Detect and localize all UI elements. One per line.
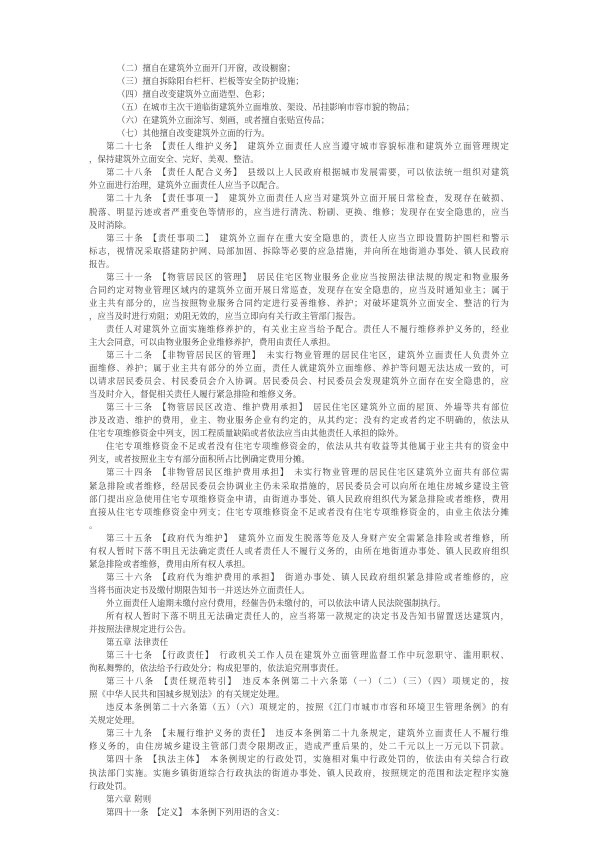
document-page: （二）擅自在建筑外立面开门开窗，改设橱窗；（三）擅自拆除阳台栏杆、栏板等安全防护… [89, 62, 509, 819]
document-line: 涉及改造、维护的费用，业主、物业服务企业有约定的，从其约定；没有约定或者约定不明… [89, 414, 509, 427]
document-line: 外立面责任人逾期未缴付应付费用，经催告仍未缴付的，可以依法申请人民法院强制执行。 [89, 597, 509, 610]
document-line: 并按照法律规定进行公告。 [89, 623, 509, 636]
document-line: 执法部门实施。实施乡镇街道综合行政执法的街道办事处、镇人民政府，按照规定的范围和… [89, 767, 509, 780]
document-line: 当将书面决定书及缴付期限告知书一并送达外立面责任人。 [89, 584, 509, 597]
document-line: 面维修、养护；属于业主共有部分的外立面，责任人就建筑外立面维修、养护等问题无法达… [89, 362, 509, 375]
document-line: 脱落、明显污迹或者严重变色等情形的，应当进行清洗、粉刷、更换、维修；发现存在安全… [89, 206, 509, 219]
document-line: 列支，或者按照业主专有部分面积所占比例确定费用分摊。 [89, 453, 509, 466]
document-line: （五）在城市主次干道临街建筑外立面堆放、架设、吊挂影响市容市貌的物品； [89, 101, 509, 114]
document-line: （六）在建筑外立面涂写、刻画，或者擅自张贴宣传品； [89, 114, 509, 127]
document-line: ，应当及时进行劝阻；劝阻无效的，应当立即向有关行政主管部门报告。 [89, 310, 509, 323]
document-line: 住宅专项维修资金不足或者没有住宅专项维修资金的，依法从共有收益等其他属于业主共有… [89, 440, 509, 453]
document-line: （三）擅自拆除阳台栏杆、栏板等安全防护设施； [89, 75, 509, 88]
document-line: 标志，视情况采取搭建防护网、局部加固、拆除等必要的应急措施，并向所在地街道办事处… [89, 245, 509, 258]
document-line: 外立面进行治理，建筑外立面责任人应当予以配合。 [89, 179, 509, 192]
document-line: 违反本条例第二十六条第（五）（六）项规定的，按照《江门市城市市容和环境卫生管理条… [89, 701, 509, 714]
document-line: 直接从住宅专项维修资金中列支；住宅专项维修资金不足或者没有住宅专项维修资金的，由… [89, 506, 509, 519]
document-line: （七）其他擅自改变建筑外立面的行为。 [89, 127, 509, 140]
document-line: 照《中华人民共和国城乡规划法》的有关规定处理。 [89, 688, 509, 701]
document-line: 紧急排险或者维修，经居民委员会协调业主仍未采取措施的，居民委员会可以向所在地住房… [89, 480, 509, 493]
document-line: 部门提出应急使用住宅专项维修资金申请，由街道办事处、镇人民政府组织代为紧急排险或… [89, 493, 509, 506]
document-line: 第三十五条 【政府代为维护】 建筑外立面发生脱落等危及人身财产安全需紧急排险或者… [89, 532, 509, 545]
document-line: 修义务的，由住房城乡建设主管部门责令限期改正，造成严重后果的，处二千元以上一万元… [89, 740, 509, 753]
document-line: ，保持建筑外立面安全、完好、美观、整洁。 [89, 153, 509, 166]
document-line: 住宅专项维修资金中列支，因工程质量缺陷或者依法应当由其他责任人承担的除外。 [89, 427, 509, 440]
document-line: 有权人暂时下落不明且无法确定责任人或者责任人不履行义务的，由所在地街道办事处、镇… [89, 545, 509, 558]
document-line: 第三十一条 【物管居民区的管理】 居民住宅区物业服务企业应当按照法律法规的规定和… [89, 271, 509, 284]
document-line: 业主共有部分的，应当按照物业服务合同约定进行妥善维修、养护；对破坏建筑外立面安全… [89, 297, 509, 310]
document-line: 。 [89, 519, 509, 532]
document-line: 及时消除。 [89, 219, 509, 232]
document-line: （四）擅自改变建筑外立面造型、色彩； [89, 88, 509, 101]
document-line: 第五章 法律责任 [89, 636, 509, 649]
document-line: 第三十条 【责任事项二】 建筑外立面存在重大安全隐患的，责任人应当立即设置防护围… [89, 232, 509, 245]
document-line: 合同约定对物业管理区域内的建筑外立面开展日常巡查，发现存在安全隐患的，应当及时通… [89, 284, 509, 297]
document-line: 第三十九条 【未履行维护义务的责任】 违反本条例第二十九条规定，建筑外立面责任人… [89, 727, 509, 740]
document-line: 责任人对建筑外立面实施维修养护的，有关业主应当给予配合。责任人不履行维修养护义务… [89, 323, 509, 336]
document-line: 第三十八条 【责任规范转引】 违反本条例第二十六条第（一）（二）（三）（四）项规… [89, 675, 509, 688]
document-line: 第二十九条 【责任事项一】 建筑外立面责任人应当对建筑外立面开展日常检查，发现存… [89, 192, 509, 205]
document-line: 第二十八条 【责任人配合义务】 县级以上人民政府根据城市发展需要，可以依法统一组… [89, 166, 509, 179]
document-line: 报告。 [89, 258, 509, 271]
document-line: 行政处罚。 [89, 780, 509, 793]
document-line: 第六章 附则 [89, 793, 509, 806]
document-line: 第三十七条 【行政责任】 行政机关工作人员在建筑外立面管理监督工作中玩忽职守、滥… [89, 649, 509, 662]
document-line: 第三十二条 【非物管居民区的管理】 未实行物业管理的居民住宅区，建筑外立面责任人… [89, 349, 509, 362]
document-line: 第二十七条 【责任人维护义务】 建筑外立面责任人应当遵守城市容貌标准和建筑外立面… [89, 140, 509, 153]
document-line: 关规定处理。 [89, 714, 509, 727]
document-line: 第三十三条 【物管居民区改造、维护费用承担】 居民住宅区建筑外立面的屋顶、外墙等… [89, 401, 509, 414]
document-line: 第三十四条 【非物管居民区维护费用承担】 未实行物业管理的居民住宅区建筑外立面共… [89, 466, 509, 479]
document-line: 第三十六条 【政府代为维护费用的承担】 街道办事处、镇人民政府组织紧急排险或者维… [89, 571, 509, 584]
document-line: 第四十一条 【定义】 本条例下列用语的含义： [89, 806, 509, 819]
document-line: 紧急排险或者维修，费用由所有权人承担。 [89, 558, 509, 571]
document-line: 徇私舞弊的，依法给予行政处分；构成犯罪的，依法追究刑事责任。 [89, 662, 509, 675]
document-line: 第四十条 【执法主体】 本条例规定的行政处罚，实施相对集中行政处罚的，依法由有关… [89, 753, 509, 766]
document-line: 当及时介入，督促相关责任人履行紧急排险和维修义务。 [89, 388, 509, 401]
document-line: 所有权人暂时下落不明且无法确定责任人的，应当将第一款规定的决定书及告知书留置送达… [89, 610, 509, 623]
document-line: 以请求居民委员会、村民委员会介入协调。居民委员会、村民委员会发现建筑外立面存在安… [89, 375, 509, 388]
document-line: 主大会同意，可以由物业服务企业维修养护，费用由责任人承担。 [89, 336, 509, 349]
document-line: （二）擅自在建筑外立面开门开窗，改设橱窗； [89, 62, 509, 75]
